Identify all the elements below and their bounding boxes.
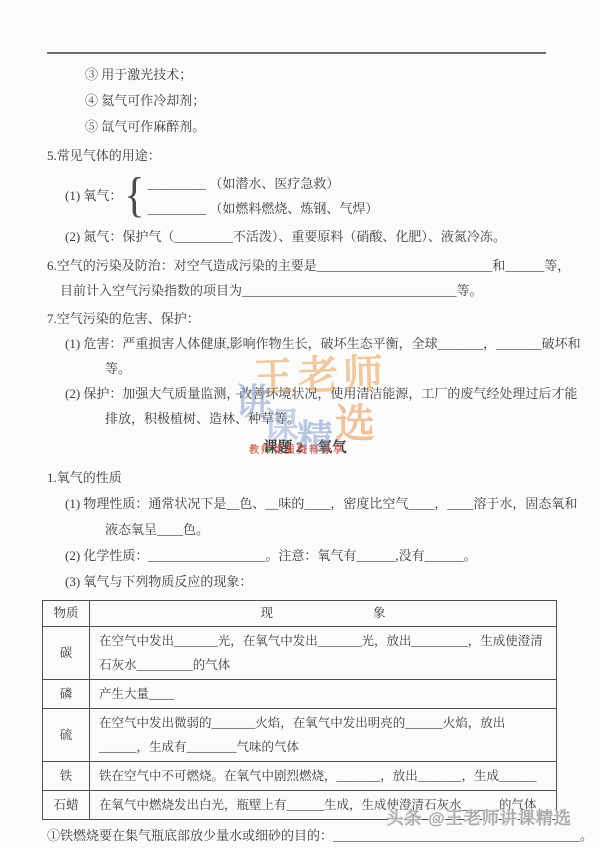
reactions-intro-line: (3) 氧气与下列物质反应的现象： [65,569,563,595]
section-6-line-2: 目前计入空气污染指数的项目为__________________________… [60,278,563,303]
harm-line-2: 等。 [105,356,563,381]
table-row: 碳 在空气中发出_______光，在氧气中发出_______光，放出______… [43,627,557,680]
substance-cell: 碳 [43,627,90,680]
document-page: ③ 用于激光技术； ④ 氦气可作冷却剂； ⑤ 氙气可作麻醉剂。 5.常见气体的用… [0,0,600,848]
nitrogen-uses-line: (2) 氮气：保护气（_________不活泼）、重要原料（硝酸、化肥）、液氮冷… [65,224,563,250]
chemical-properties-line: (2) 化学性质：__________________。注意：氧气有______… [65,543,563,569]
oxygen-uses-options: _________ （如潜水、医疗急救） _________ （如燃料燃烧、炼钢… [148,171,379,221]
section-5-heading: 5.常见气体的用途： [47,143,563,169]
document-content: ③ 用于激光技术； ④ 氦气可作冷却剂； ⑤ 氙气可作麻醉剂。 5.常见气体的用… [47,62,563,848]
substance-cell: 磷 [43,680,90,709]
substance-cell: 硫 [43,709,90,762]
phenomenon-cell: 铁在空气中不可燃烧。在氧气中剧烈燃烧，_______，放出_______，生成_… [90,762,557,791]
oxygen-use-line-2: _________ （如燃料燃烧、炼钢、气焊） [148,196,379,221]
topic-2-title: 课题 2 氧气 [47,435,563,462]
list-item-4: ④ 氦气可作冷却剂； [85,88,563,114]
table-row: 硫 在空气中发出微弱的_______火焰，在氧气中发出明亮的______火焰，放… [43,709,557,762]
protect-line-2: 排放，积极植树、造林、种草等。 [105,406,563,431]
substance-column-header: 物质 [43,601,90,627]
table-row: 铁 铁在空气中不可燃烧。在氧气中剧烈燃烧，_______，放出_______，生… [43,762,557,791]
toutiao-brand-watermark: 头条 @王老师讲课精选 [387,804,572,829]
physical-properties-line-1: (1) 物理性质：通常状况下是__色、__味的____，密度比空气____，__… [65,491,563,517]
protect-line-1: (2) 保护：加强大气质量监测，改善环境状况，使用清洁能源，工厂的废气经处理过后… [65,381,563,406]
phenomenon-cell: 在空气中发出_______光，在氧气中发出_______光，放出________… [90,627,557,680]
phenomenon-column-header: 现 象 [90,601,557,627]
phenomenon-cell: 产生大量____ [90,680,557,709]
section-7-heading: 7.空气污染的危害、保护： [47,306,563,331]
oxygen-use-line-1: _________ （如潜水、医疗急救） [148,171,379,196]
physical-properties-line-2: 液态氧呈____色。 [105,517,563,543]
table-header-row: 物质 现 象 [43,601,557,627]
substance-cell: 铁 [43,762,90,791]
reaction-phenomena-table: 物质 现 象 碳 在空气中发出_______光，在氧气中发出_______光，放… [42,600,557,820]
phenomenon-cell: 在空气中发出微弱的_______火焰，在氧气中发出明亮的______火焰，放出_… [90,709,557,762]
oxygen-properties-heading: 1.氧气的性质 [47,465,563,491]
section-6-line-1: 6.空气的污染及防治：对空气造成污染的主要是__________________… [47,253,563,278]
oxygen-uses-label: (1) 氧气： [65,183,122,209]
oxygen-uses-block: (1) 氧气： { _________ （如潜水、医疗急救） _________… [65,171,563,221]
substance-cell: 石蜡 [43,791,90,820]
table-row: 磷 产生大量____ [43,680,557,709]
header-rule [47,52,546,54]
list-item-3: ③ 用于激光技术； [85,62,563,88]
harm-line-1: (1) 危害：严重损害人体健康,影响作物生长，破坏生态平衡，全球_______，… [65,331,563,356]
list-item-5: ⑤ 氙气可作麻醉剂。 [85,114,563,140]
brace-glyph: { [124,172,144,220]
